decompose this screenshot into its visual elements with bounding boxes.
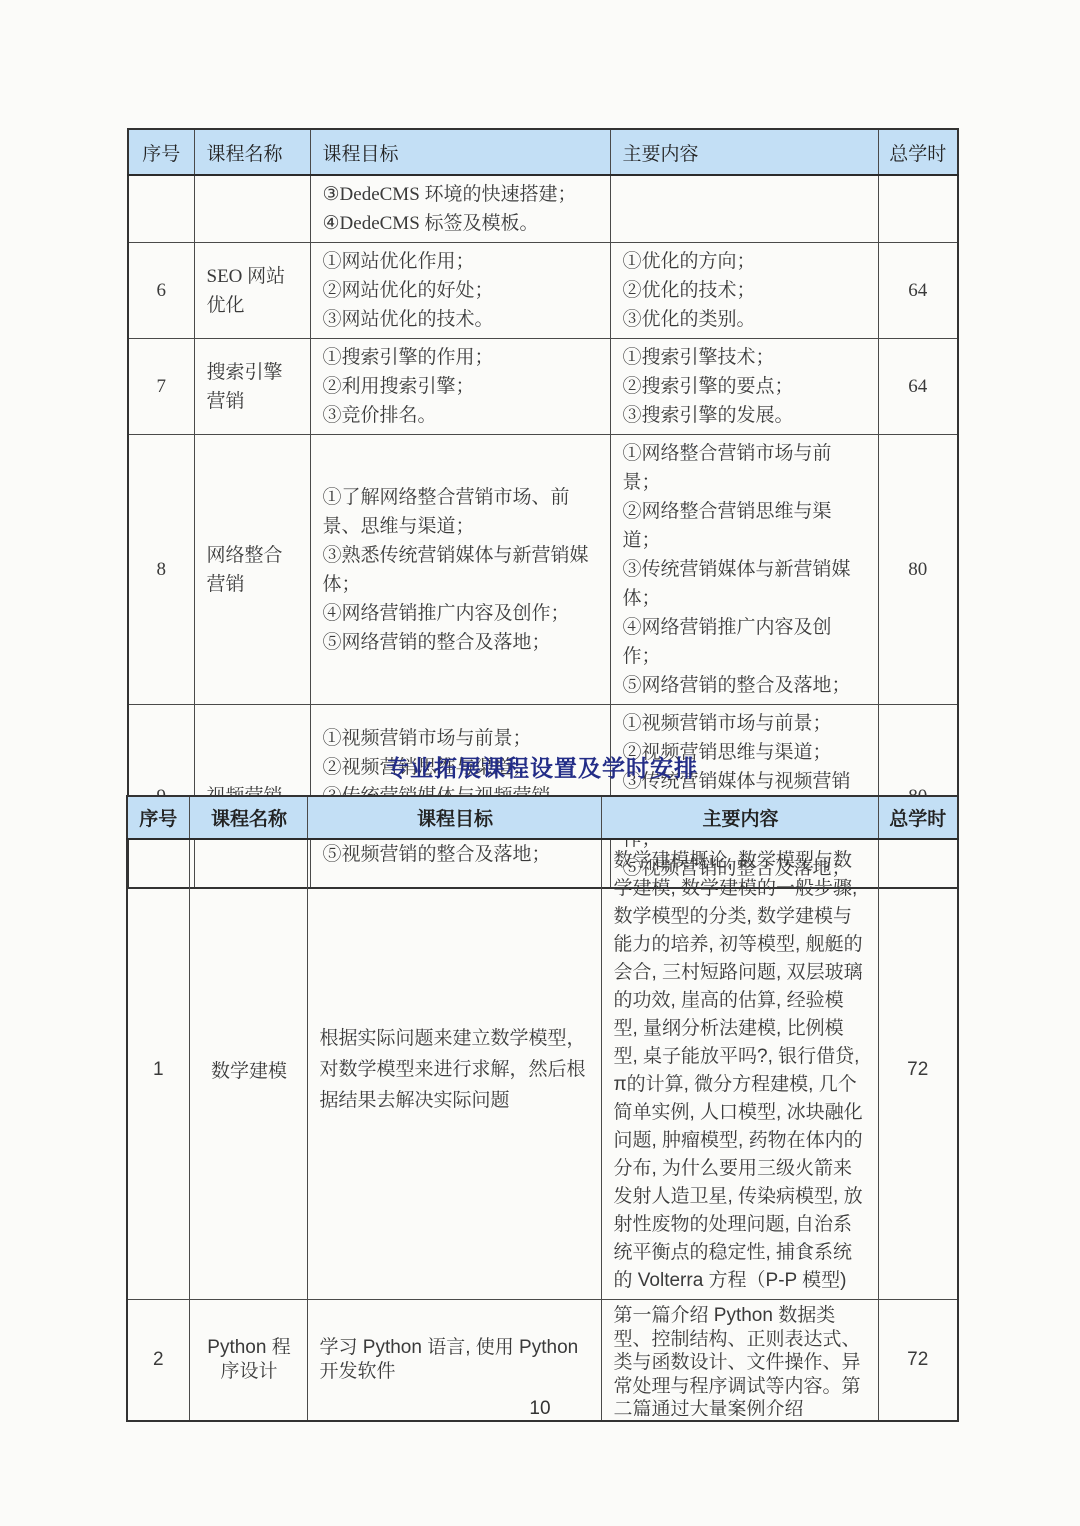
cell-content: [610, 175, 878, 243]
col-header-no: 序号: [128, 129, 194, 175]
cell-no: 6: [128, 243, 194, 339]
col-header-hours: 总学时: [878, 129, 958, 175]
cell-objectives: 根据实际问题来建立数学模型，对数学模型来进行求解，然后根据结果去解决实际问题: [307, 839, 601, 1300]
table-header-row: 序号 课程名称 课程目标 主要内容 总学时: [127, 796, 958, 839]
col-header-objectives: 课程目标: [307, 796, 601, 839]
cell-content: 数学建模概论, 数学模型与数学建模, 数学建模的一般步骤, 数学模型的分类, 数…: [601, 839, 878, 1300]
cell-objectives: ①网站优化作用； ②网站优化的好处； ③网站优化的技术。: [310, 243, 610, 339]
cell-no: 7: [128, 339, 194, 435]
cell-no: 8: [128, 435, 194, 705]
cell-content: ①网络整合营销市场与前景； ②网络整合营销思维与渠道； ③传统营销媒体与新营销媒…: [610, 435, 878, 705]
cell-name: 搜索引擎营销: [194, 339, 310, 435]
cell-objectives: ①搜索引擎的作用； ②利用搜索引擎； ③竞价排名。: [310, 339, 610, 435]
section-title: 专业拓展课程设置及学时安排: [127, 750, 957, 783]
cell-name: [194, 175, 310, 243]
cell-objectives: ①了解网络整合营销市场、前景、思维与渠道； ③熟悉传统营销媒体与新营销媒体； ④…: [310, 435, 610, 705]
cell-name: 数学建模: [189, 839, 307, 1300]
col-header-name: 课程名称: [189, 796, 307, 839]
table-row: ③DedeCMS 环境的快速搭建； ④DedeCMS 标签及模板。: [128, 175, 958, 243]
cell-name: SEO 网站优化: [194, 243, 310, 339]
page-number: 10: [0, 1398, 1080, 1420]
table-header-row: 序号 课程名称 课程目标 主要内容 总学时: [128, 129, 958, 175]
cell-no: 1: [127, 839, 189, 1300]
table-row: 6 SEO 网站优化 ①网站优化作用； ②网站优化的好处； ③网站优化的技术。 …: [128, 243, 958, 339]
table-extension-courses: 序号 课程名称 课程目标 主要内容 总学时 1 数学建模 根据实际问题来建立数学…: [126, 795, 959, 1422]
cell-hours: 72: [878, 839, 958, 1300]
col-header-content: 主要内容: [610, 129, 878, 175]
col-header-name: 课程名称: [194, 129, 310, 175]
table-row: 8 网络整合营销 ①了解网络整合营销市场、前景、思维与渠道； ③熟悉传统营销媒体…: [128, 435, 958, 705]
cell-hours: 80: [878, 435, 958, 705]
cell-content: ①优化的方向； ②优化的技术； ③优化的类别。: [610, 243, 878, 339]
cell-content: ①搜索引擎技术； ②搜索引擎的要点； ③搜索引擎的发展。: [610, 339, 878, 435]
cell-objectives: ③DedeCMS 环境的快速搭建； ④DedeCMS 标签及模板。: [310, 175, 610, 243]
cell-name: 网络整合营销: [194, 435, 310, 705]
col-header-objectives: 课程目标: [310, 129, 610, 175]
col-header-content: 主要内容: [601, 796, 878, 839]
document-page: 序号 课程名称 课程目标 主要内容 总学时 ③DedeCMS 环境的快速搭建； …: [0, 0, 1080, 1526]
cell-no: [128, 175, 194, 243]
table-row: 1 数学建模 根据实际问题来建立数学模型，对数学模型来进行求解，然后根据结果去解…: [127, 839, 958, 1300]
col-header-hours: 总学时: [878, 796, 958, 839]
cell-hours: 64: [878, 243, 958, 339]
col-header-no: 序号: [127, 796, 189, 839]
cell-hours: 64: [878, 339, 958, 435]
cell-hours: [878, 175, 958, 243]
table-row: 7 搜索引擎营销 ①搜索引擎的作用； ②利用搜索引擎； ③竞价排名。 ①搜索引擎…: [128, 339, 958, 435]
